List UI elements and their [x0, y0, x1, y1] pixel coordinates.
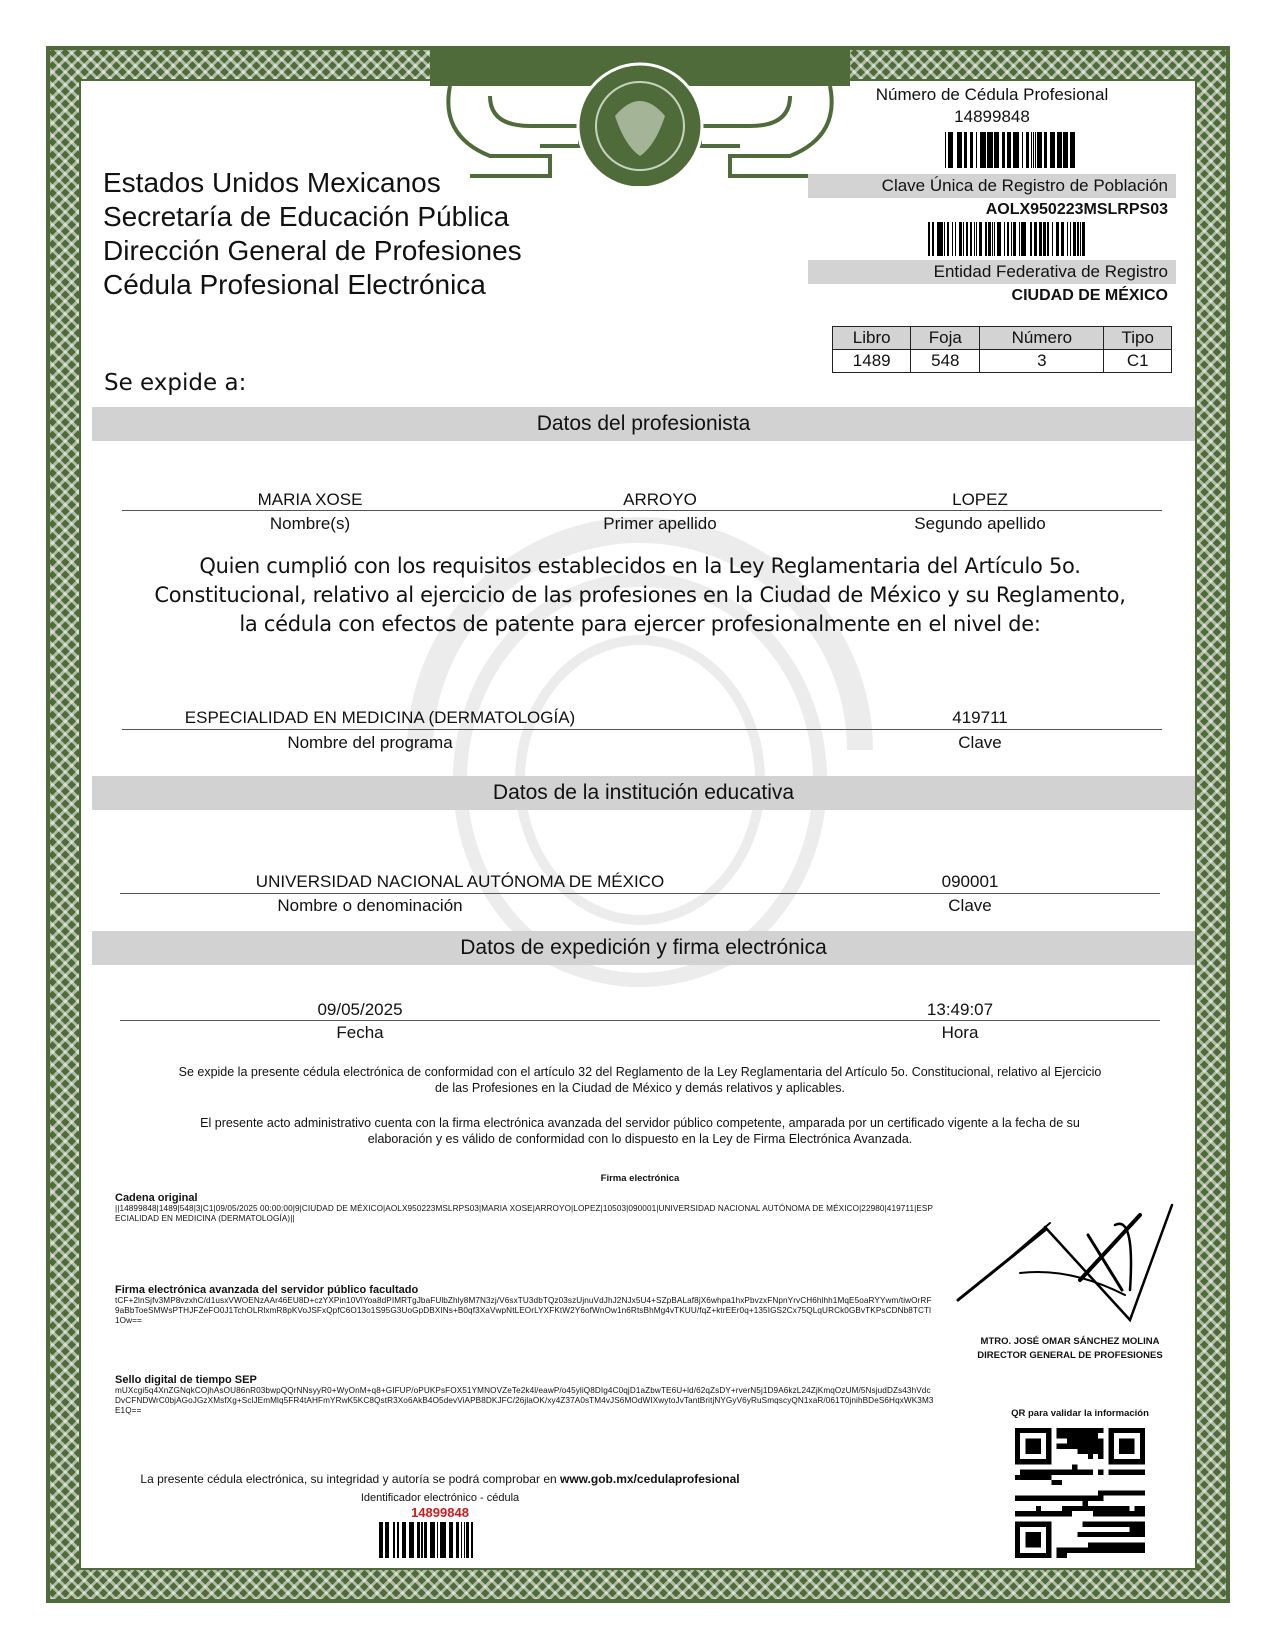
legal-paragraph-1: Se expide la presente cédula electrónica…	[100, 1064, 1180, 1096]
cadena-original-block: Cadena original ||14899848|1489|548|3|C1…	[115, 1192, 935, 1224]
col-numero: Número	[980, 327, 1104, 350]
section-profesionista: Datos del profesionista	[92, 407, 1195, 441]
curp-barcode-icon	[838, 222, 1176, 256]
signer-block: MTRO. JOSÉ OMAR SÁNCHEZ MOLINA DIRECTOR …	[950, 1335, 1190, 1363]
col-libro: Libro	[833, 327, 911, 350]
second-surname: LOPEZ	[880, 490, 1080, 510]
issue-date: 09/05/2025	[260, 1000, 460, 1020]
legal-paragraph-2: El presente acto administrativo cuenta c…	[100, 1115, 1180, 1147]
statement-line: la cédula con efectos de patente para ej…	[90, 610, 1190, 639]
statement-line: Constitucional, relativo al ejercicio de…	[90, 581, 1190, 610]
registry-block: Número de Cédula Profesional 14899848 Cl…	[808, 84, 1176, 308]
cadena-label: Cadena original	[115, 1192, 935, 1204]
statement-paragraph: Quien cumplió con los requisitos estable…	[90, 552, 1190, 639]
foja-value: 548	[911, 350, 980, 373]
signer-name: MTRO. JOSÉ OMAR SÁNCHEZ MOLINA	[950, 1335, 1190, 1349]
heading-line: Dirección General de Profesiones	[103, 234, 522, 268]
fea-label: Firma electrónica avanzada del servidor …	[115, 1284, 935, 1296]
legal-line: de las Profesiones en la Ciudad de Méxic…	[100, 1080, 1180, 1096]
verify-text: La presente cédula electrónica, su integ…	[100, 1472, 780, 1486]
curp-label: Clave Única de Registro de Población	[808, 174, 1176, 198]
id-number: 14899848	[290, 1505, 590, 1520]
statement-line: Quien cumplió con los requisitos estable…	[90, 552, 1190, 581]
section-expedicion: Datos de expedición y firma electrónica	[92, 931, 1195, 965]
first-surname: ARROYO	[560, 490, 760, 510]
qr-code-icon[interactable]	[1015, 1428, 1145, 1558]
issuer-heading: Estados Unidos Mexicanos Secretaría de E…	[103, 166, 522, 302]
section-institucion: Datos de la institución educativa	[92, 776, 1195, 810]
registry-table: Libro Foja Número Tipo 1489 548 3 C1	[832, 326, 1172, 373]
institution-name-label: Nombre o denominación	[220, 896, 520, 916]
given-names: MARIA XOSE	[210, 490, 410, 510]
issued-to-label: Se expide a:	[104, 370, 246, 396]
fea-block: Firma electrónica avanzada del servidor …	[115, 1284, 935, 1326]
cadena-value: ||14899848|1489|548|3|C1|09/05/2025 00:0…	[115, 1204, 935, 1224]
libro-value: 1489	[833, 350, 911, 373]
cedula-number-label: Número de Cédula Profesional	[808, 84, 1176, 106]
verify-sentence: La presente cédula electrónica, su integ…	[140, 1472, 560, 1486]
divider	[120, 893, 1160, 894]
issue-time: 13:49:07	[850, 1000, 1070, 1020]
program-name: ESPECIALIDAD EN MEDICINA (DERMATOLOGÍA)	[120, 708, 640, 728]
divider	[122, 510, 1162, 511]
curp-value: AOLX950223MSLRPS03	[808, 198, 1176, 222]
heading-line: Estados Unidos Mexicanos	[103, 166, 522, 200]
cedula-barcode-icon	[848, 132, 1176, 168]
firma-title: Firma electrónica	[540, 1173, 740, 1184]
legal-line: Se expide la presente cédula electrónica…	[100, 1064, 1180, 1080]
sello-label: Sello digital de tiempo SEP	[115, 1374, 935, 1386]
id-barcode-icon	[340, 1522, 510, 1558]
institution-name: UNIVERSIDAD NACIONAL AUTÓNOMA DE MÉXICO	[200, 872, 720, 892]
verify-link[interactable]: www.gob.mx/cedulaprofesional	[560, 1472, 740, 1486]
issue-date-label: Fecha	[260, 1023, 460, 1043]
col-tipo: Tipo	[1104, 327, 1172, 350]
sello-block: Sello digital de tiempo SEP mUXcgi5q4XnZ…	[115, 1374, 935, 1416]
tipo-value: C1	[1104, 350, 1172, 373]
signer-title: DIRECTOR GENERAL DE PROFESIONES	[950, 1349, 1190, 1363]
issue-time-label: Hora	[850, 1023, 1070, 1043]
divider	[120, 1020, 1160, 1021]
divider	[122, 729, 1162, 730]
entity-value: CIUDAD DE MÉXICO	[808, 284, 1176, 308]
legal-line: El presente acto administrativo cuenta c…	[100, 1115, 1180, 1131]
cedula-number: 14899848	[808, 106, 1176, 128]
given-names-label: Nombre(s)	[210, 514, 410, 534]
legal-line: elaboración y es válido de conformidad c…	[100, 1131, 1180, 1147]
national-crest-icon	[430, 46, 850, 186]
signature-icon	[950, 1195, 1180, 1325]
numero-value: 3	[980, 350, 1104, 373]
col-foja: Foja	[911, 327, 980, 350]
program-key: 419711	[880, 708, 1080, 728]
sello-value: mUXcgi5q4XnZGNqkCOjhAsOU86nR03bwpQQrNNsy…	[115, 1386, 935, 1416]
fea-value: tCF+2lnSjfv3MP8vzxhC/d1usxVWOENzAAr46EU8…	[115, 1296, 935, 1326]
second-surname-label: Segundo apellido	[880, 514, 1080, 534]
heading-line: Secretaría de Educación Pública	[103, 200, 522, 234]
heading-line: Cédula Profesional Electrónica	[103, 268, 522, 302]
id-label: Identificador electrónico - cédula	[290, 1492, 590, 1504]
qr-label: QR para validar la información	[990, 1408, 1170, 1419]
entity-label: Entidad Federativa de Registro	[808, 260, 1176, 284]
institution-key-label: Clave	[860, 896, 1080, 916]
institution-key: 090001	[860, 872, 1080, 892]
first-surname-label: Primer apellido	[560, 514, 760, 534]
program-key-label: Clave	[880, 733, 1080, 753]
program-name-label: Nombre del programa	[220, 733, 520, 753]
